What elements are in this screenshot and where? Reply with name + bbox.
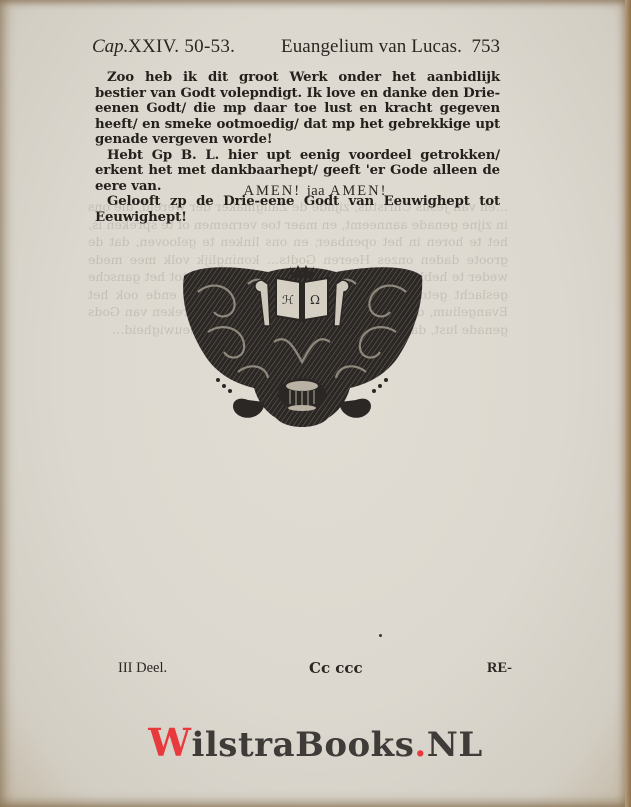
printers-ornament-icon: ℋ Ω [178, 262, 426, 432]
page-edge [625, 0, 631, 807]
watermark-name: ilstraBooks [191, 725, 414, 765]
page-number: 753 [472, 36, 501, 58]
watermark-tld: NL [427, 725, 483, 765]
closing-jaa: jaa [307, 183, 325, 199]
closing-amen-first: AMEN! [244, 183, 302, 199]
running-header: Cap. XXIV. 50-53. Euangelium van Lucas. … [92, 36, 500, 60]
catchword: RE- [487, 660, 512, 677]
watermark-logo: WilstraBooks.NL [0, 720, 631, 765]
closing-amen-last: AMEN! [330, 183, 388, 199]
chapter-prefix: Cap. [92, 36, 128, 58]
ink-speck [379, 634, 382, 637]
book-page: …en van Jesus Christus, zijnde de Zaligm… [0, 0, 631, 807]
watermark-dot: . [414, 725, 426, 765]
signature-mark: Cc ccc [309, 659, 363, 677]
volume-label: III Deel. [118, 660, 167, 677]
watermark-initial: W [148, 720, 191, 765]
running-title: Euangelium van Lucas. [281, 36, 462, 58]
chapter-reference: XXIV. 50-53. [128, 36, 235, 58]
body-text: Zoo heb ik dit groot Werk onder het aanb… [95, 70, 500, 225]
paragraph: Zoo heb ik dit groot Werk onder het aanb… [95, 70, 500, 148]
svg-text:Ω: Ω [310, 293, 320, 307]
svg-text:ℋ: ℋ [282, 293, 294, 307]
closing-line: AMEN! jaa AMEN! [0, 183, 631, 200]
